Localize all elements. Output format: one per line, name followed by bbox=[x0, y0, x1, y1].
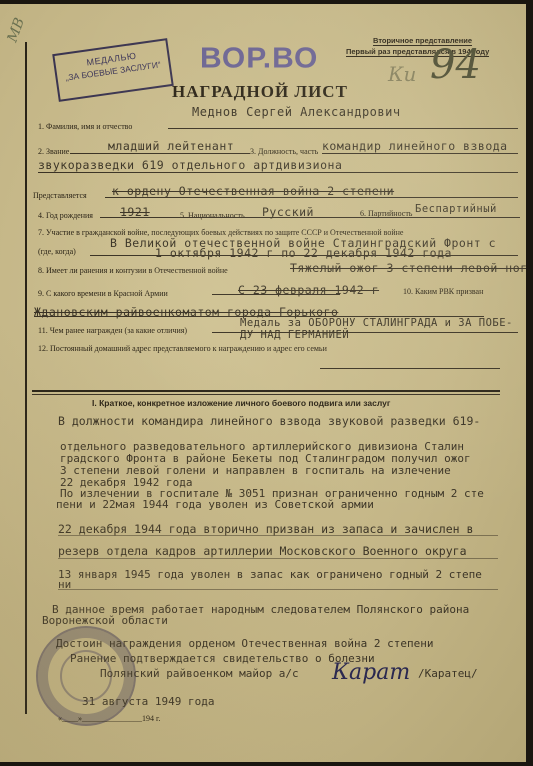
signatory-title: Полянский райвоенком майор а/с bbox=[100, 668, 299, 679]
page-title: НАГРАДНОЙ ЛИСТ bbox=[172, 82, 348, 102]
margin-initials: МВ bbox=[5, 16, 28, 45]
field-10-label: 10. Каким РВК призван bbox=[403, 287, 483, 296]
paragraph-2-line-6: пени и 22мая 1944 года уволен из Советск… bbox=[56, 499, 374, 510]
field-12-label: 12. Постоянный домашний адрес представля… bbox=[38, 344, 327, 353]
field-1-label: 1. Фамилия, имя и отчество bbox=[38, 122, 132, 131]
field-11-label: 11. Чем ранее награжден (за какие отличи… bbox=[38, 326, 187, 335]
paragraph-1-line-1: В должности командира линейного взвода з… bbox=[58, 416, 480, 427]
paragraph-6-line-2: Воронежской области bbox=[42, 615, 168, 626]
party-value: Беспартийный bbox=[415, 203, 497, 215]
paragraph-2-line-3: 3 степени левой голени и направлен в гос… bbox=[60, 465, 451, 476]
signature: Карат bbox=[332, 660, 410, 685]
award-sheet-page: МВ МЕДАЛЬЮ „ЗА БОЕВЫЕ ЗАСЛУГИ“ ВОР.ВО Вт… bbox=[0, 4, 526, 762]
war-participation-value-2: 1 октября 1942 г по 22 декабря 1942 года bbox=[155, 248, 452, 259]
paragraph-4-line-1: резерв отдела кадров артиллерии Московск… bbox=[58, 546, 467, 557]
paragraph-3-line-1: 22 декабря 1944 года вторично призван из… bbox=[58, 524, 473, 535]
previous-awards-value-2: ДУ НАД ГЕРМАНИЕЙ bbox=[240, 329, 349, 341]
rank-value: младший лейтенант bbox=[108, 139, 234, 153]
paragraph-2-line-2: градского Фронта в районе Бекеты под Ста… bbox=[60, 453, 471, 464]
handwritten-note: Ки bbox=[388, 62, 416, 86]
signing-date: 31 августа 1949 года bbox=[82, 696, 214, 707]
field-2-label: 2. Звание bbox=[38, 147, 69, 156]
previous-awards-value-1: Медаль за ОБОРОНУ СТАЛИНГРАДА и ЗА ПОБЕ- bbox=[240, 317, 513, 329]
handwritten-number: 94 bbox=[430, 42, 481, 88]
position-value: командир линейного взвода bbox=[322, 139, 508, 153]
wound-confirmation-text: Ранение подтверждается свидетельство о б… bbox=[70, 653, 375, 664]
medal-stamp: МЕДАЛЬЮ „ЗА БОЕВЫЕ ЗАСЛУГИ“ bbox=[52, 38, 174, 102]
wounds-value: Тяжелый ожог 3 степени левой ноги bbox=[290, 261, 526, 275]
field-3-label: 3. Должность, часть bbox=[250, 147, 318, 156]
presented-value: к ордену Отечественная война 2 степени bbox=[112, 184, 394, 198]
field-5-label: 5. Национальность bbox=[180, 211, 245, 220]
margin-rule bbox=[25, 42, 27, 714]
field-8-label: 8. Имеет ли ранения и контузии в Отечест… bbox=[38, 266, 228, 275]
paragraph-2-line-1: отдельного разведовательного артиллерийс… bbox=[60, 441, 464, 452]
archive-stamp: ВОР.ВО bbox=[200, 43, 318, 75]
presented-label: Представляется bbox=[33, 191, 87, 200]
signatory-name: /Каратец/ bbox=[418, 668, 478, 679]
date-blank: «____»_______________194 г. bbox=[58, 714, 160, 723]
recommendation-text: Достоин награждения орденом Отечественна… bbox=[56, 638, 434, 649]
position-value-cont: звукоразведки 619 отдельного артдивизион… bbox=[38, 158, 342, 172]
field-7-sub: (где, когда) bbox=[38, 247, 76, 256]
field-9-label: 9. С какого времени в Красной Армии bbox=[38, 289, 168, 298]
paragraph-5-line-1: 13 января 1945 года уволен в запас как о… bbox=[58, 569, 482, 580]
section-title: I. Краткое, конкретное изложение личного… bbox=[92, 398, 390, 408]
field-4-label: 4. Год рождения bbox=[38, 211, 93, 220]
full-name: Меднов Сергей Александрович bbox=[192, 105, 401, 119]
